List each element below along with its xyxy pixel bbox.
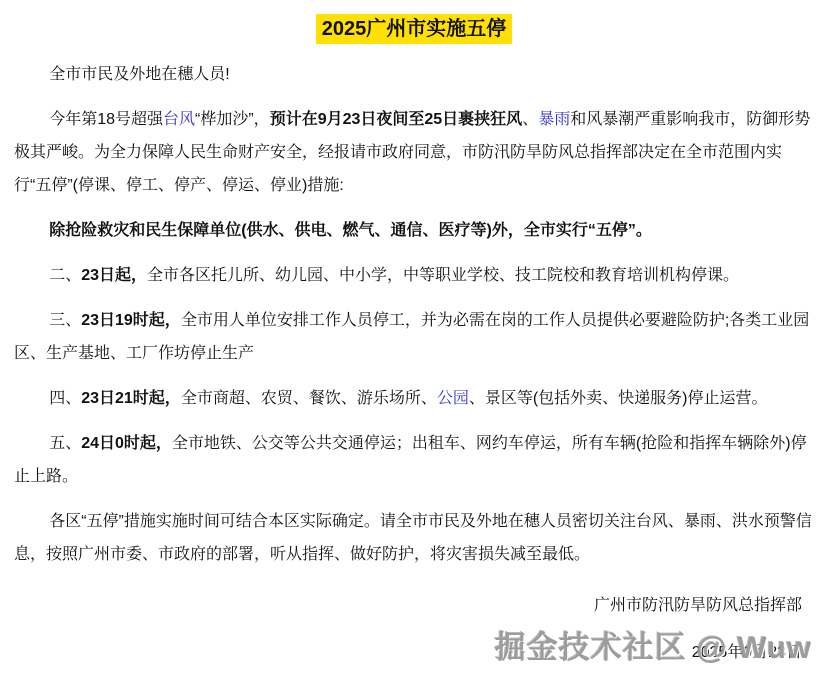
item-time-bold: 23日21时起， bbox=[81, 390, 181, 407]
paragraph-exemption: 除抢险救灾和民生保障单位(供水、供电、燃气、通信、医疗等)外，全市实行“五停”。 bbox=[14, 214, 814, 247]
item-time-bold: 24日0时起， bbox=[81, 435, 172, 452]
item-text: 全市各区托儿所、幼儿园、中小学，中等职业学校、技工院校和教育培训机构停课。 bbox=[147, 267, 739, 284]
link-park[interactable]: 公园 bbox=[437, 390, 469, 407]
intro-text: 、 bbox=[522, 111, 538, 128]
paragraph-closing: 各区“五停”措施实施时间可结合本区实际确定。请全市市民及外地在穗人员密切关注台风… bbox=[14, 505, 814, 571]
item-number: 四、 bbox=[49, 390, 81, 407]
page-root: 2025广州市实施五停 全市市民及外地在穗人员! 今年第18号超强台风“桦加沙”… bbox=[0, 0, 830, 669]
intro-text: “桦加沙”， bbox=[195, 111, 270, 128]
greeting-text: 全市市民及外地在穗人员! bbox=[49, 66, 229, 83]
item-number: 三、 bbox=[49, 312, 81, 329]
item-number: 五、 bbox=[49, 435, 81, 452]
item-text: 、景区等(包括外卖、快递服务)停止运营。 bbox=[469, 390, 768, 407]
paragraph-item-2-school: 二、23日起，全市各区托儿所、幼儿园、中小学，中等职业学校、技工院校和教育培训机… bbox=[14, 259, 814, 292]
notice-document: { "title": "2025广州市实施五停", "colors": { "t… bbox=[0, 0, 830, 681]
item-time-bold: 23日起， bbox=[81, 267, 147, 284]
signature: 广州市防汛防旱防风总指挥部 bbox=[14, 589, 814, 622]
closing-text: 各区“五停”措施实施时间可结合本区实际确定。请全市市民及外地在穗人员密切关注台风… bbox=[14, 513, 812, 563]
paragraph-item-3-work: 三、23日19时起，全市用人单位安排工作人员停工，并为必需在岗的工作人员提供必要… bbox=[14, 304, 814, 370]
paragraph-intro: 今年第18号超强台风“桦加沙”，预计在9月23日夜间至25日裹挟狂风、暴雨和风暴… bbox=[14, 103, 814, 202]
item-text: 全市商超、农贸、餐饮、游乐场所、 bbox=[181, 390, 437, 407]
link-typhoon[interactable]: 台风 bbox=[163, 111, 195, 128]
paragraph-item-5-transport: 五、24日0时起，全市地铁、公交等公共交通停运；出租车、网约车停运，所有车辆(抢… bbox=[14, 427, 814, 493]
intro-bold-forecast: 预计在9月23日夜间至25日裹挟狂风 bbox=[270, 111, 523, 128]
item-time-bold: 23日19时起， bbox=[81, 312, 181, 329]
date-line: 2025年9月23日 bbox=[14, 636, 814, 669]
item-number: 二、 bbox=[49, 267, 81, 284]
intro-text: 今年第18号超强 bbox=[49, 111, 163, 128]
title-row: 2025广州市实施五停 bbox=[14, 14, 814, 44]
page-title: 2025广州市实施五停 bbox=[316, 14, 513, 44]
exemption-text: 除抢险救灾和民生保障单位(供水、供电、燃气、通信、医疗等)外，全市实行“五停”。 bbox=[49, 222, 652, 239]
link-rainstorm[interactable]: 暴雨 bbox=[538, 111, 570, 128]
paragraph-greeting: 全市市民及外地在穗人员! bbox=[14, 58, 814, 91]
paragraph-item-4-business: 四、23日21时起，全市商超、农贸、餐饮、游乐场所、公园、景区等(包括外卖、快递… bbox=[14, 382, 814, 415]
